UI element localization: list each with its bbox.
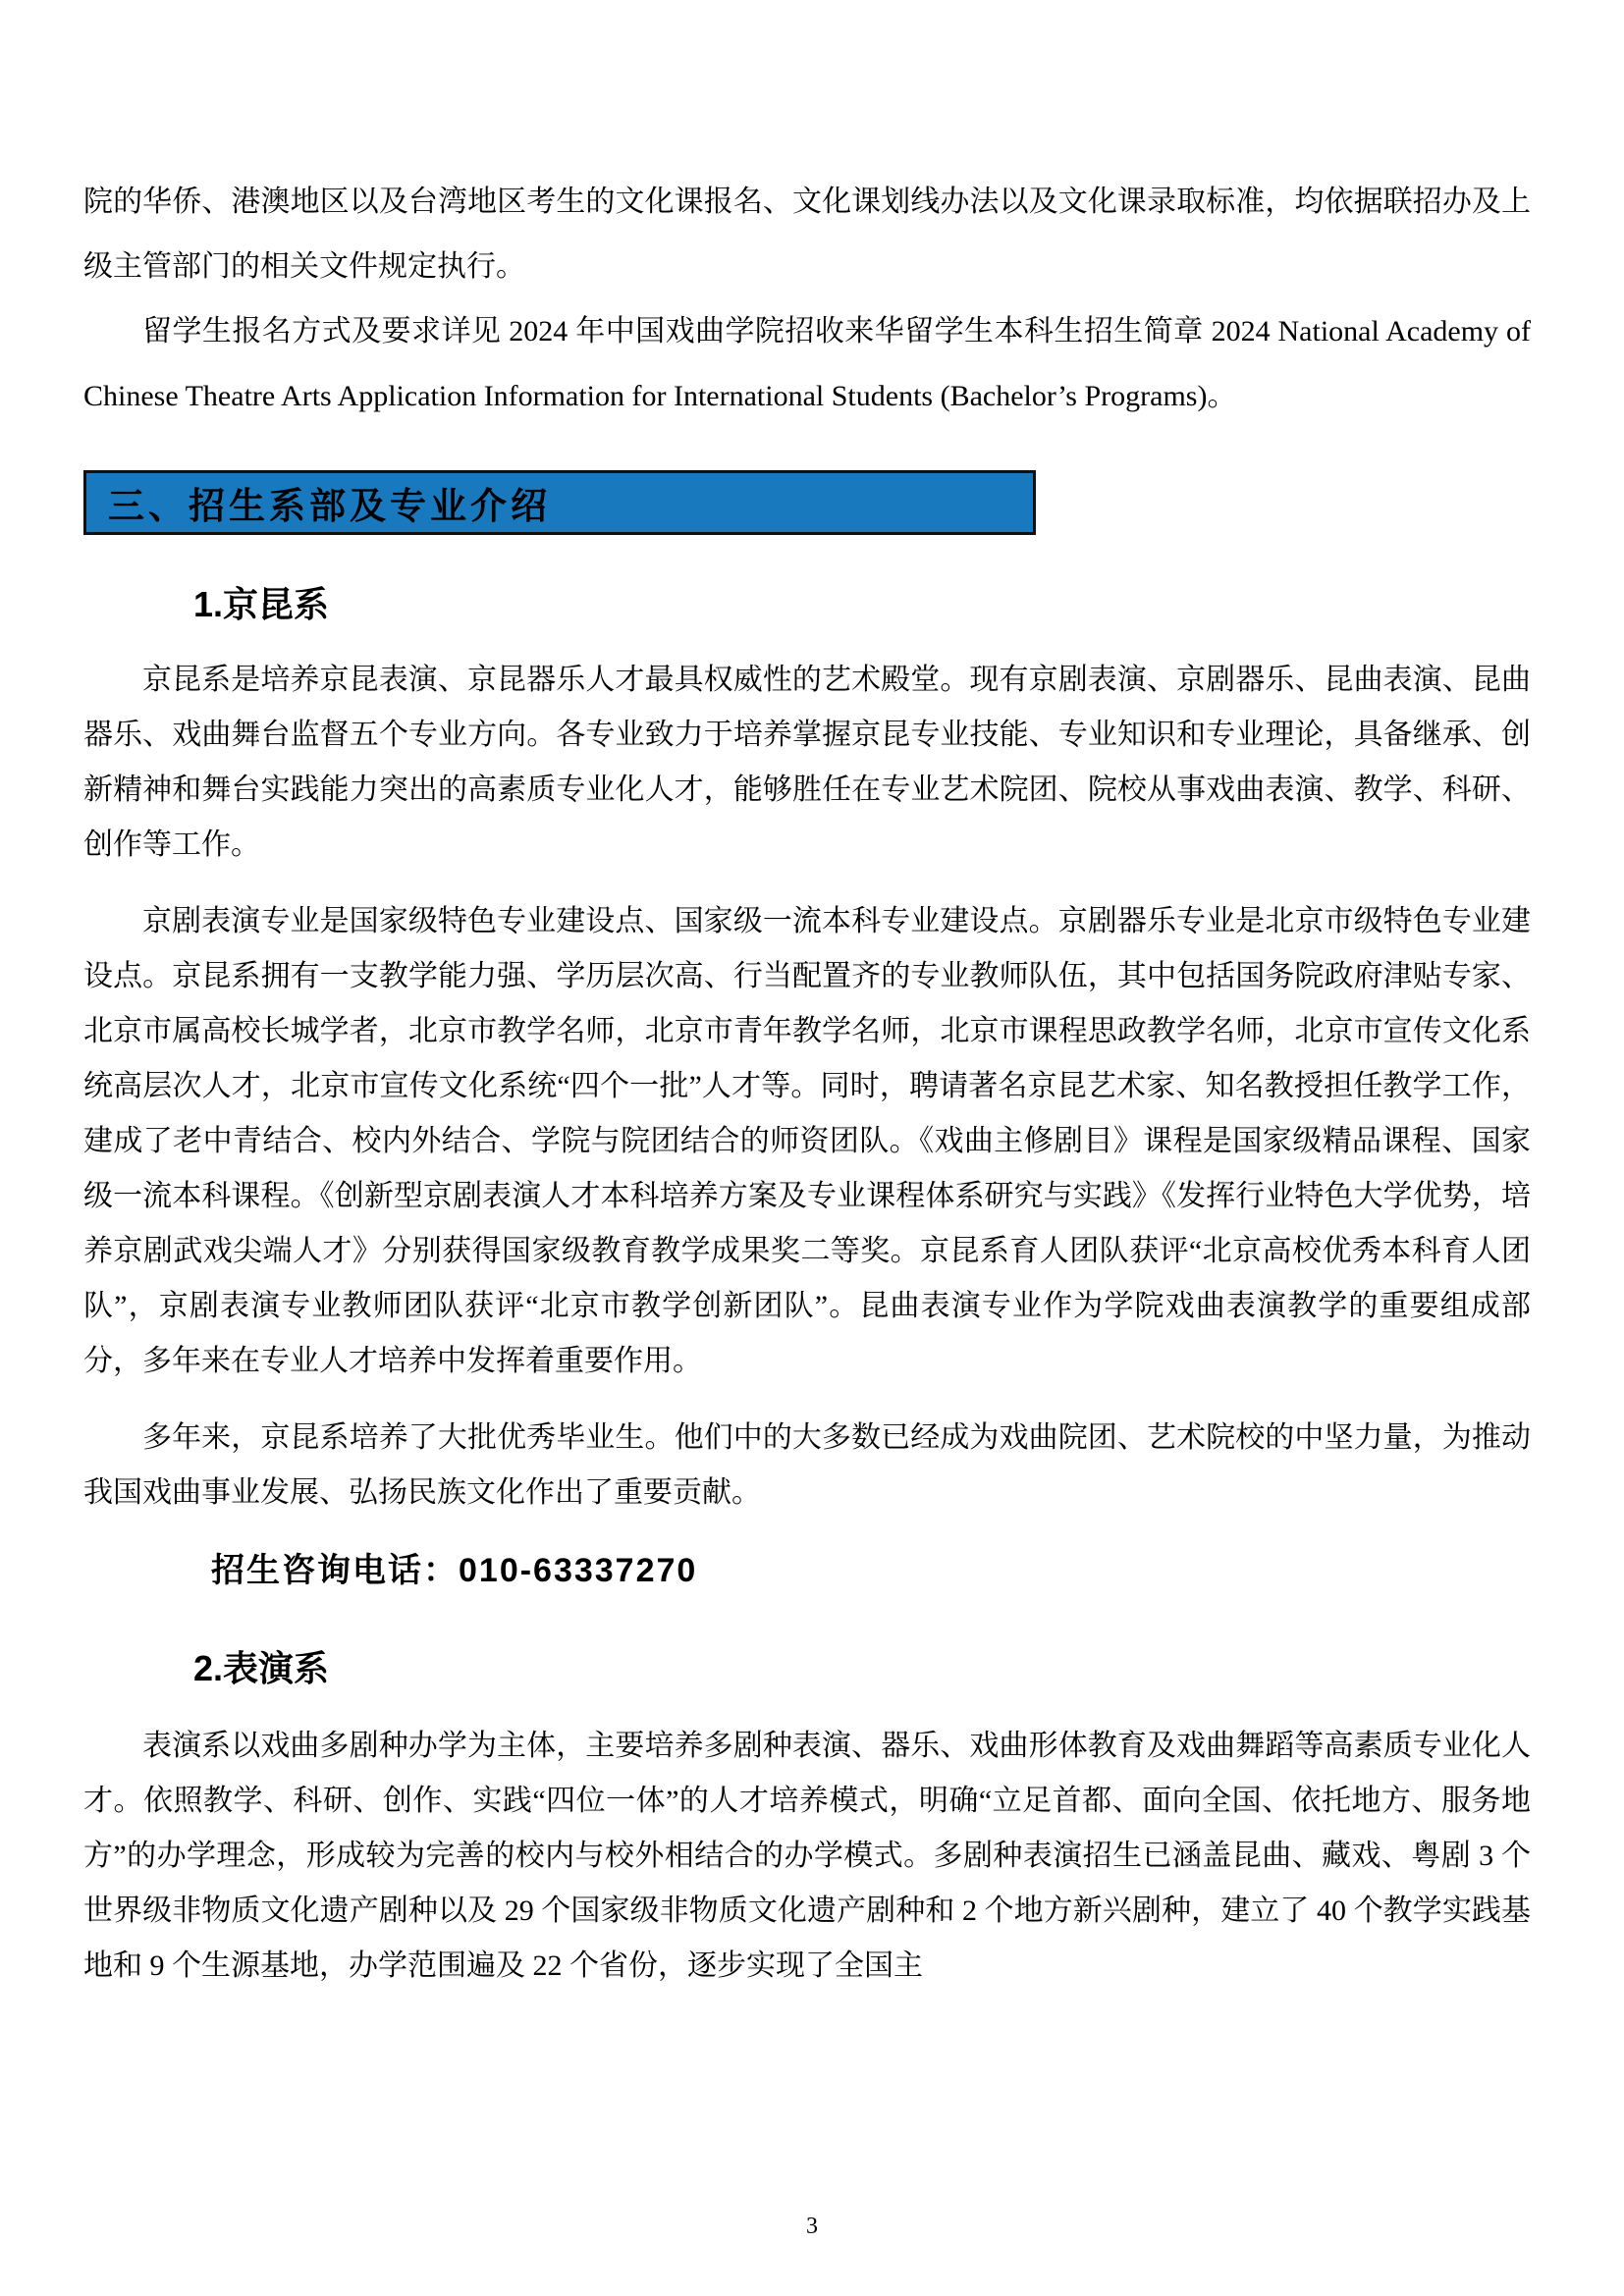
performance-paragraph-1: 表演系以戏曲多剧种办学为主体，主要培养多剧种表演、器乐、戏曲形体教育及戏曲舞蹈等… — [83, 1719, 1531, 1994]
section-banner: 三、招生系部及专业介绍 — [83, 470, 1036, 535]
jingkun-paragraph-1: 京昆系是培养京昆表演、京昆器乐人才最具权威性的艺术殿堂。现有京剧表演、京剧器乐、… — [83, 653, 1531, 873]
jingkun-paragraph-3: 多年来，京昆系培养了大批优秀毕业生。他们中的大多数已经成为戏曲院团、艺术院校的中… — [83, 1411, 1531, 1521]
intro-paragraph-continuation: 院的华侨、港澳地区以及台湾地区考生的文化课报名、文化课划线办法以及文化课录取标准… — [83, 170, 1531, 299]
jingkun-paragraph-2: 京剧表演专业是国家级特色专业建设点、国家级一流本科专业建设点。京剧器乐专业是北京… — [83, 894, 1531, 1389]
heading-performance-department: 2.表演系 — [193, 1646, 1531, 1691]
page-number: 3 — [0, 2214, 1624, 2240]
admissions-phone-number: 招生咨询电话：010-63337270 — [211, 1546, 1531, 1595]
section-banner-title: 三、招生系部及专业介绍 — [108, 476, 551, 529]
document-page: 院的华侨、港澳地区以及台湾地区考生的文化课报名、文化课划线办法以及文化课录取标准… — [0, 0, 1624, 2296]
document-content: 院的华侨、港澳地区以及台湾地区考生的文化课报名、文化课划线办法以及文化课录取标准… — [83, 170, 1531, 1994]
intro-paragraph-international-students: 留学生报名方式及要求详见 2024 年中国戏曲学院招收来华留学生本科生招生简章 … — [83, 299, 1531, 429]
heading-jingkun-department: 1.京昆系 — [193, 582, 1531, 627]
